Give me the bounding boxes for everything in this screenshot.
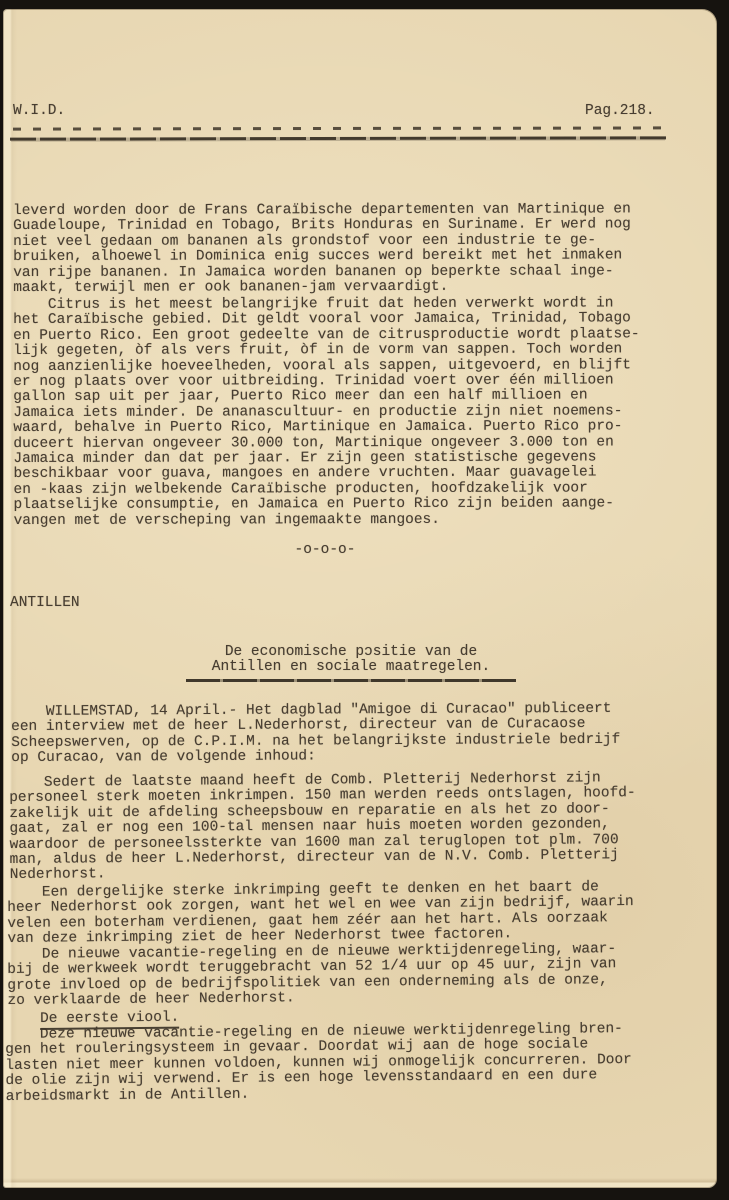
article-title-line2: Antillen en sociale maatregelen. <box>183 660 519 675</box>
document-code: W.I.D. <box>13 104 65 119</box>
text-line: plaatselijke consumptie, en Jamaica en P… <box>14 497 641 514</box>
page-number: Pag.218. <box>585 104 655 119</box>
paragraph: De nieuwe vacantie-regeling en de nieuwe… <box>7 942 617 1009</box>
text-line: vangen met de verscheping van ingemaakte… <box>14 512 641 529</box>
text-line: op Curacao, van de volgende inhoud: <box>11 748 620 767</box>
article-title: De economische pɔsitie van de Antillen e… <box>183 645 519 682</box>
title-underline <box>186 679 516 682</box>
section-separator: -o-o-o- <box>10 543 640 558</box>
paragraph: WILLEMSTAD, 14 April.- Het dagblad "Amig… <box>11 702 620 767</box>
paragraph: leverd worden door de Frans Caraïbische … <box>13 202 631 296</box>
paragraph: Sedert de laatste maand heeft de Comb. P… <box>9 771 636 884</box>
text-line: maakt, terwijl men er ook bananen-jam ve… <box>13 279 631 296</box>
section-label: ANTILLEN <box>10 596 80 611</box>
paragraph: Deze nieuwe vacantie-regeling en de nieu… <box>5 1022 632 1105</box>
scanned-document-photo: { "colors": { "paper": "#e7d6b1", "ink":… <box>0 0 729 1200</box>
paragraph: Citrus is het meest belangrijke fruit da… <box>13 296 640 529</box>
paragraph: Een dergelijke sterke inkrimping geeft t… <box>7 880 634 948</box>
